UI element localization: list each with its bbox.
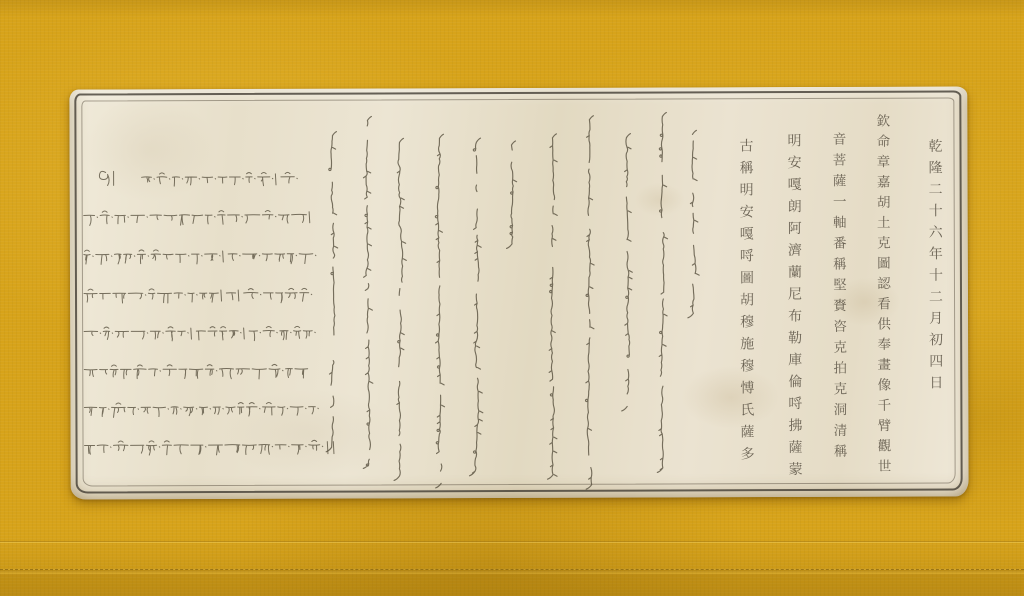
silk-crease	[0, 541, 1024, 542]
chinese-column-2: 欽命章嘉胡土克圖認看供奉畫像千臂觀世	[867, 114, 888, 486]
chinese-column-5: 古稱明安嘎哷圖胡穆施穆愽氏薩多	[732, 138, 753, 478]
scroll-photo: 乾隆二十六年十二月初四日 欽命章嘉胡土克圖認看供奉畫像千臂觀世 音菩薩一軸番稱堅…	[0, 0, 1024, 596]
chinese-column-4: 明安嘎朗阿濟蘭尼布勒庫倫哷拂薩蒙	[780, 133, 801, 491]
chinese-column-3: 音菩薩一軸番稱堅賚咨克拍克洞清稱	[823, 132, 844, 472]
chinese-column-date: 乾隆二十六年十二月初四日	[921, 139, 942, 407]
silk-bottom-band	[0, 574, 1024, 596]
paper-label: 乾隆二十六年十二月初四日 欽命章嘉胡土克圖認看供奉畫像千臂觀世 音菩薩一軸番稱堅…	[69, 86, 968, 499]
chinese-text-block: 乾隆二十六年十二月初四日 欽命章嘉胡土克圖認看供奉畫像千臂觀世 音菩薩一軸番稱堅…	[69, 86, 968, 499]
